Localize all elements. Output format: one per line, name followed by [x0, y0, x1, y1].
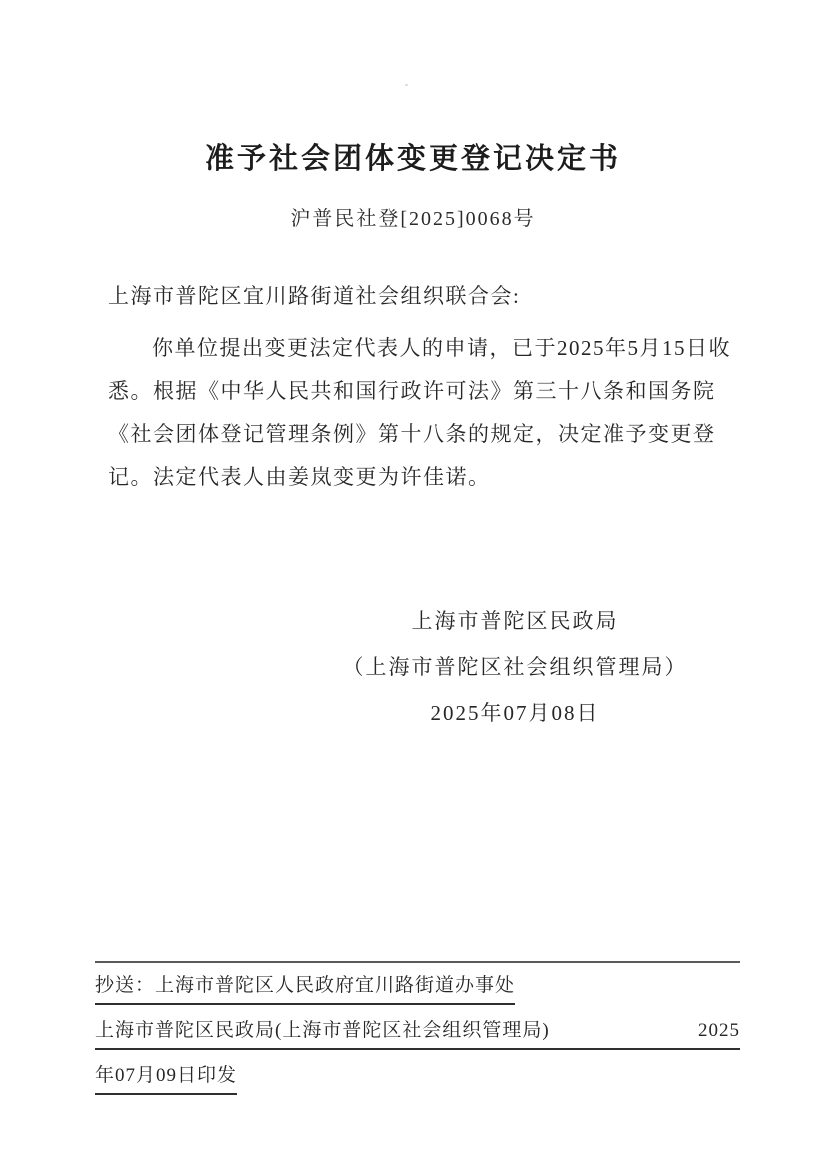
cc-line: 抄送：上海市普陀区人民政府宜川路街道办事处	[95, 974, 740, 1005]
signature-block: 上海市普陀区民政局 （上海市普陀区社会组织管理局） 2025年07月08日	[205, 598, 825, 736]
body-line: 悉。根据《中华人民共和国行政许可法》第三十八条和国务院	[108, 370, 720, 413]
issuer-line: 上海市普陀区民政局(上海市普陀区社会组织管理局) 2025	[95, 1019, 740, 1050]
signature-org-alias: （上海市普陀区社会组织管理局）	[205, 644, 825, 690]
document-number: 沪普民社登[2025]0068号	[0, 202, 826, 231]
issuer-line-text: 上海市普陀区民政局(上海市普陀区社会组织管理局)	[95, 1019, 550, 1043]
signature-org: 上海市普陀区民政局	[205, 598, 825, 644]
body-line: 记。法定代表人由姜岚变更为许佳诺。	[108, 456, 720, 499]
signature-date: 2025年07月08日	[205, 690, 825, 736]
document-page: 准予社会团体变更登记决定书 沪普民社登[2025]0068号 上海市普陀区宜川路…	[0, 0, 826, 1168]
body-line: 《社会团体登记管理条例》第十八条的规定，决定准予变更登	[108, 413, 720, 456]
footer-block: 抄送：上海市普陀区人民政府宜川路街道办事处 上海市普陀区民政局(上海市普陀区社会…	[95, 961, 740, 1095]
document-body: 上海市普陀区宜川路街道社会组织联合会: 你单位提出变更法定代表人的申请，已于20…	[108, 281, 720, 499]
body-paragraph: 你单位提出变更法定代表人的申请，已于2025年5月15日收 悉。根据《中华人民共…	[108, 327, 720, 499]
issue-continuation-text: 年07月09日印发	[95, 1064, 237, 1095]
cc-line-text: 抄送：上海市普陀区人民政府宜川路街道办事处	[95, 974, 515, 1005]
document-title: 准予社会团体变更登记决定书	[0, 136, 826, 177]
issue-continuation-line: 年07月09日印发	[95, 1064, 740, 1095]
body-line: 你单位提出变更法定代表人的申请，已于2025年5月15日收	[108, 327, 720, 370]
issue-year: 2025	[698, 1019, 740, 1043]
scan-artifact-dot	[405, 84, 408, 86]
addressee-line: 上海市普陀区宜川路街道社会组织联合会:	[108, 281, 720, 311]
